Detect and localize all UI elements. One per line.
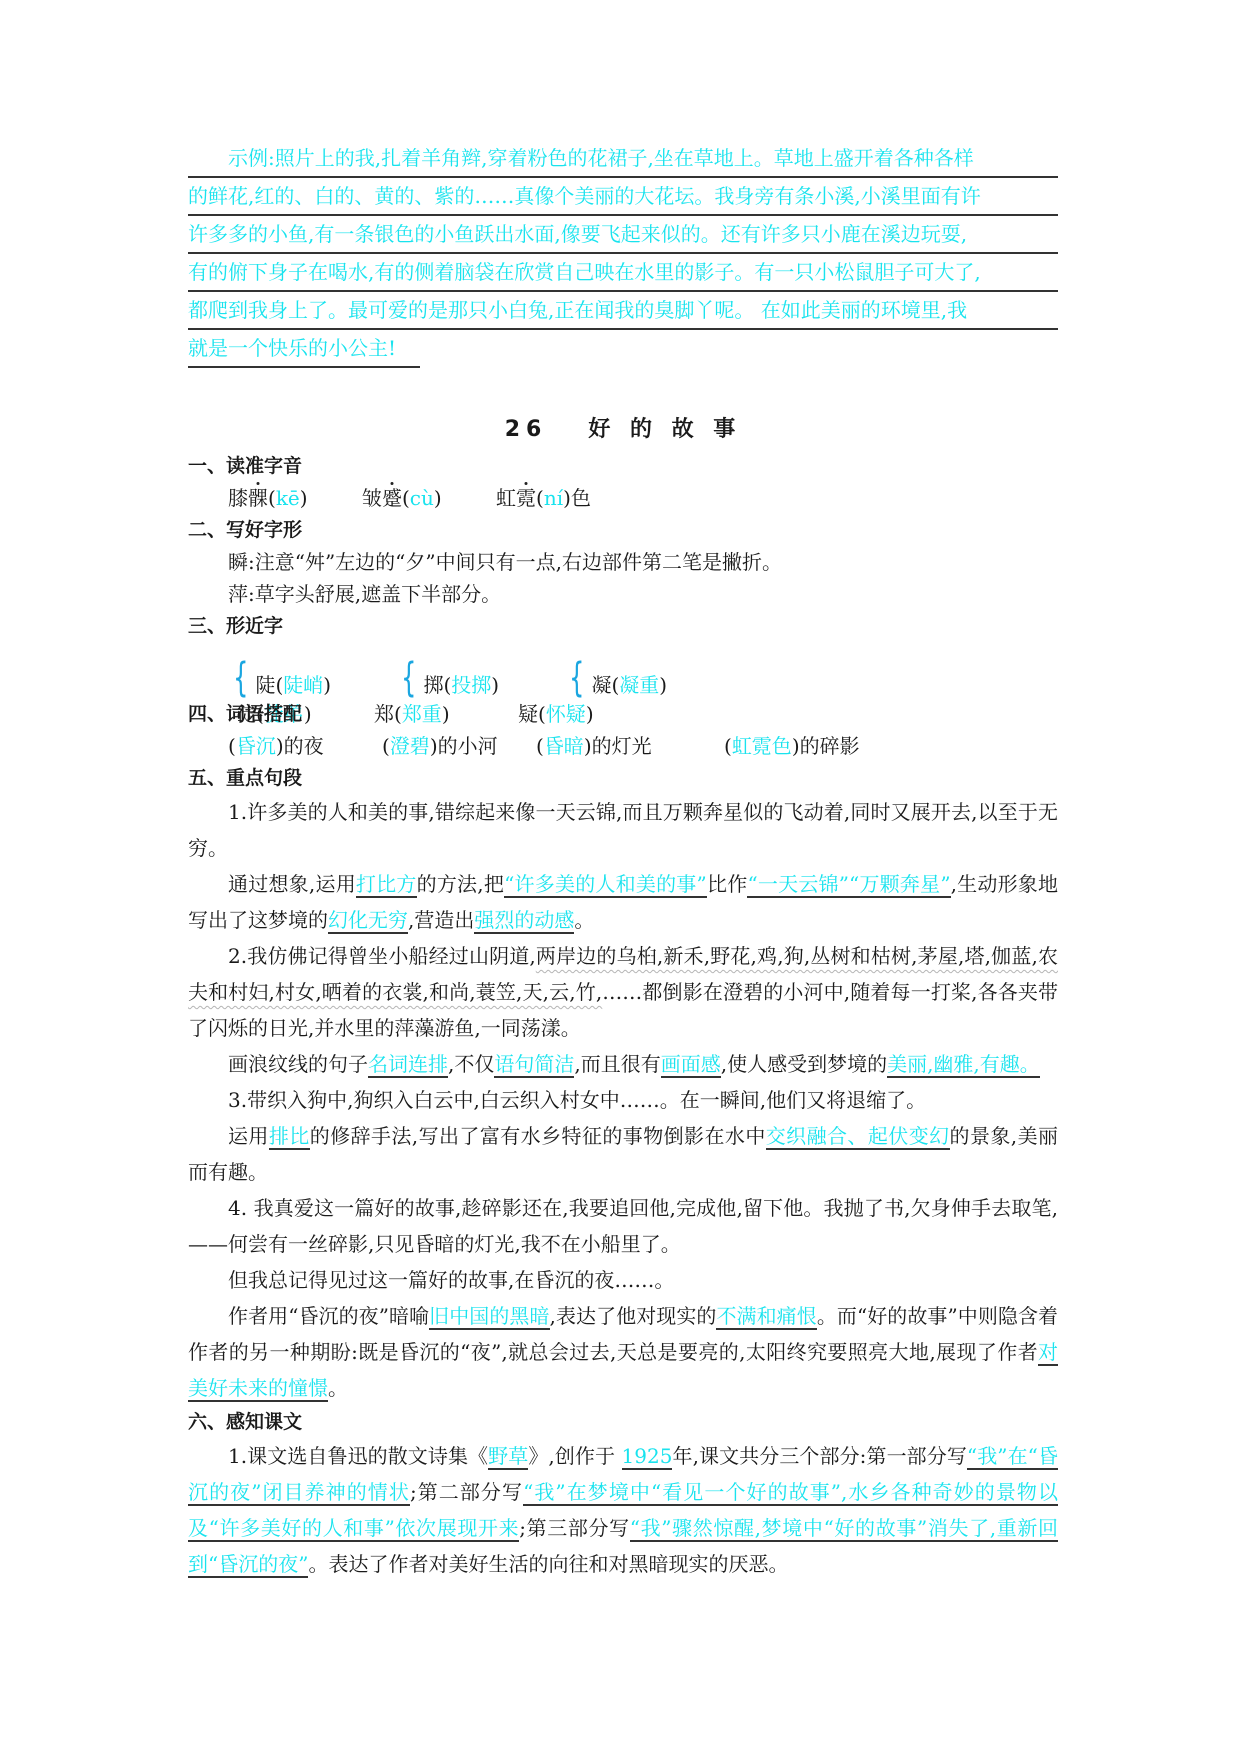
section-heading-text-overview: 六、感知课文 [188,1406,1058,1438]
essay-line: 就是一个快乐的小公主! [188,330,420,368]
analysis-1: 通过想象,运用打比方的方法,把“许多美的人和美的事”比作“一天云锦”“万颗奔星”… [188,866,1058,938]
example-essay: 示例:照片上的我,扎着羊角辫,穿着粉色的花裙子,坐在草地上。草地上盛开着各种各样… [188,140,1058,368]
brace-icon: { [233,658,248,698]
collocation-item: (虹霓色)的碎影 [724,730,860,762]
essay-line: 有的俯下身子在喝水,有的侧着脑袋在欣赏自己映在水里的影子。有一只小松鼠胆子可大了… [188,254,1058,292]
similar-char-group: { 陡(陡峭) [228,658,356,698]
collocation-item: (澄碧)的小河 [382,730,508,762]
similar-char-group: { 掷(投掷) [396,658,524,698]
section-heading-pronunciation: 一、读准字音 [188,450,1058,482]
analysis-3: 运用排比的修辞手法,写出了富有水乡特征的事物倒影在水中交织融合、起伏变幻的景象,… [188,1118,1058,1190]
section-heading-collocation: 四、词语搭配 [188,698,302,730]
passage-3: 3.带织入狗中,狗织入白云中,白云织入村女中……。在一瞬间,他们又将退缩了。 [188,1082,1058,1118]
pinyin-item: 皱蹙(cù) [362,482,442,514]
pinyin-answer: kē [276,486,300,510]
section-heading-similar-chars: 三、形近字 [188,610,1058,642]
collocation-row: (昏沉)的夜 (澄碧)的小河 (昏暗)的灯光 (虹霓色)的碎影 [188,730,1058,762]
lesson-name: 好 的 故 事 [588,417,741,442]
brace-icon: { [569,658,584,698]
analysis-2: 画浪纹线的句子名词连排,不仅语句简洁,而且很有画面感,使人感受到梦境的美丽,幽雅… [188,1046,1058,1082]
similar-chars-row-2: 徒(徒弟) 郑(郑重) 疑(怀疑) 四、词语搭配 [188,698,1058,730]
lesson-title: 26 好 的 故 事 [188,410,1058,450]
similar-char-group: { 凝(凝重) [564,658,692,698]
similar-chars-row: { 陡(陡峭) { 掷(投掷) { 凝(凝重) [188,642,1058,698]
essay-line: 许多多的小鱼,有一条银色的小鱼跃出水面,像要飞起来似的。还有许多只小鹿在溪边玩耍… [188,216,1058,254]
essay-line: 示例:照片上的我,扎着羊角辫,穿着粉色的花裙子,坐在草地上。草地上盛开着各种各样 [188,140,1058,178]
analysis-4: 作者用“昏沉的夜”暗喻旧中国的黑暗,表达了他对现实的不满和痛恨。而“好的故事”中… [188,1298,1058,1406]
passage-4: 4. 我真爱这一篇好的故事,趁碎影还在,我要追回他,完成他,留下他。我抛了书,欠… [188,1190,1058,1262]
collocation-item: (昏暗)的灯光 [536,730,696,762]
section-heading-key-passages: 五、重点句段 [188,762,1058,794]
worksheet-page: 示例:照片上的我,扎着羊角辫,穿着粉色的花裙子,坐在草地上。草地上盛开着各种各样… [188,140,1058,1582]
collocation-item: (昏沉)的夜 [228,730,354,762]
overview-answer: 1.课文选自鲁迅的散文诗集《野草》,创作于 1925年,课文共分三个部分:第一部… [188,1438,1058,1582]
pinyin-item: 膝髁(kē) [228,482,308,514]
pronunciation-row: 膝髁(kē) 皱蹙(cù) 虹霓(ní)色 [188,482,1058,514]
passage-1: 1.许多美的人和美的事,错综起来像一天云锦,而且万颗奔星似的飞动着,同时又展开去… [188,794,1058,866]
passage-2: 2.我仿佛记得曾坐小船经过山阴道,两岸边的乌桕,新禾,野花,鸡,狗,丛树和枯树,… [188,938,1058,1046]
essay-line: 的鲜花,红的、白的、黄的、紫的……真像个美丽的大花坛。我身旁有条小溪,小溪里面有… [188,178,1058,216]
pinyin-answer: ní [544,486,563,510]
similar-char-item: 疑(怀疑) [518,698,594,730]
pinyin-item: 虹霓(ní)色 [496,482,591,514]
lesson-number: 26 [505,417,548,442]
pinyin-answer: cù [410,486,434,510]
glyph-note: 瞬:注意“舛”左边的“夕”中间只有一点,右边部件第二笔是撇折。 [188,546,1058,578]
similar-char-item: 郑(郑重) [374,698,450,730]
glyph-note: 萍:草字头舒展,遮盖下半部分。 [188,578,1058,610]
passage-4-cont: 但我总记得见过这一篇好的故事,在昏沉的夜……。 [188,1262,1058,1298]
brace-icon: { [401,658,416,698]
section-heading-glyph-writing: 二、写好字形 [188,514,1058,546]
essay-line: 都爬到我身上了。最可爱的是那只小白兔,正在闻我的臭脚丫呢。 在如此美丽的环境里,… [188,292,1058,330]
